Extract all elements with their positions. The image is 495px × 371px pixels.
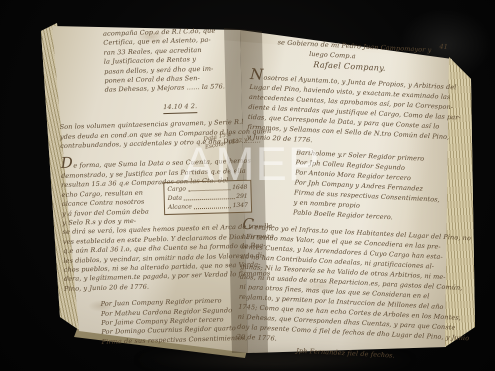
amep-watermark: AMEP xyxy=(183,136,320,191)
right-paragraph-2: Certifico yo el Infras.to que los Habita… xyxy=(237,219,441,352)
manuscript-photo: acompaña Cop.a de R.l C.do, que Certific… xyxy=(0,0,495,371)
dotted-leader xyxy=(194,207,231,210)
table-reflection xyxy=(130,347,420,371)
account-label: Data xyxy=(168,194,183,203)
account-label: Alcance xyxy=(168,203,192,213)
dotted-leader xyxy=(184,198,234,201)
sum-total: 14.10 4 2. xyxy=(163,102,197,114)
account-row: Alcance 1347 xyxy=(168,201,248,212)
page-number: 41 xyxy=(439,43,448,51)
left-signature-block: Por Juan Company Regidor primero Por Mat… xyxy=(101,296,250,347)
right-page-text: se Gobierno de mi Pedro Juan Campomayor … xyxy=(236,36,450,363)
left-top-block: acompaña Cop.a de R.l C.do, que Certific… xyxy=(103,26,243,96)
